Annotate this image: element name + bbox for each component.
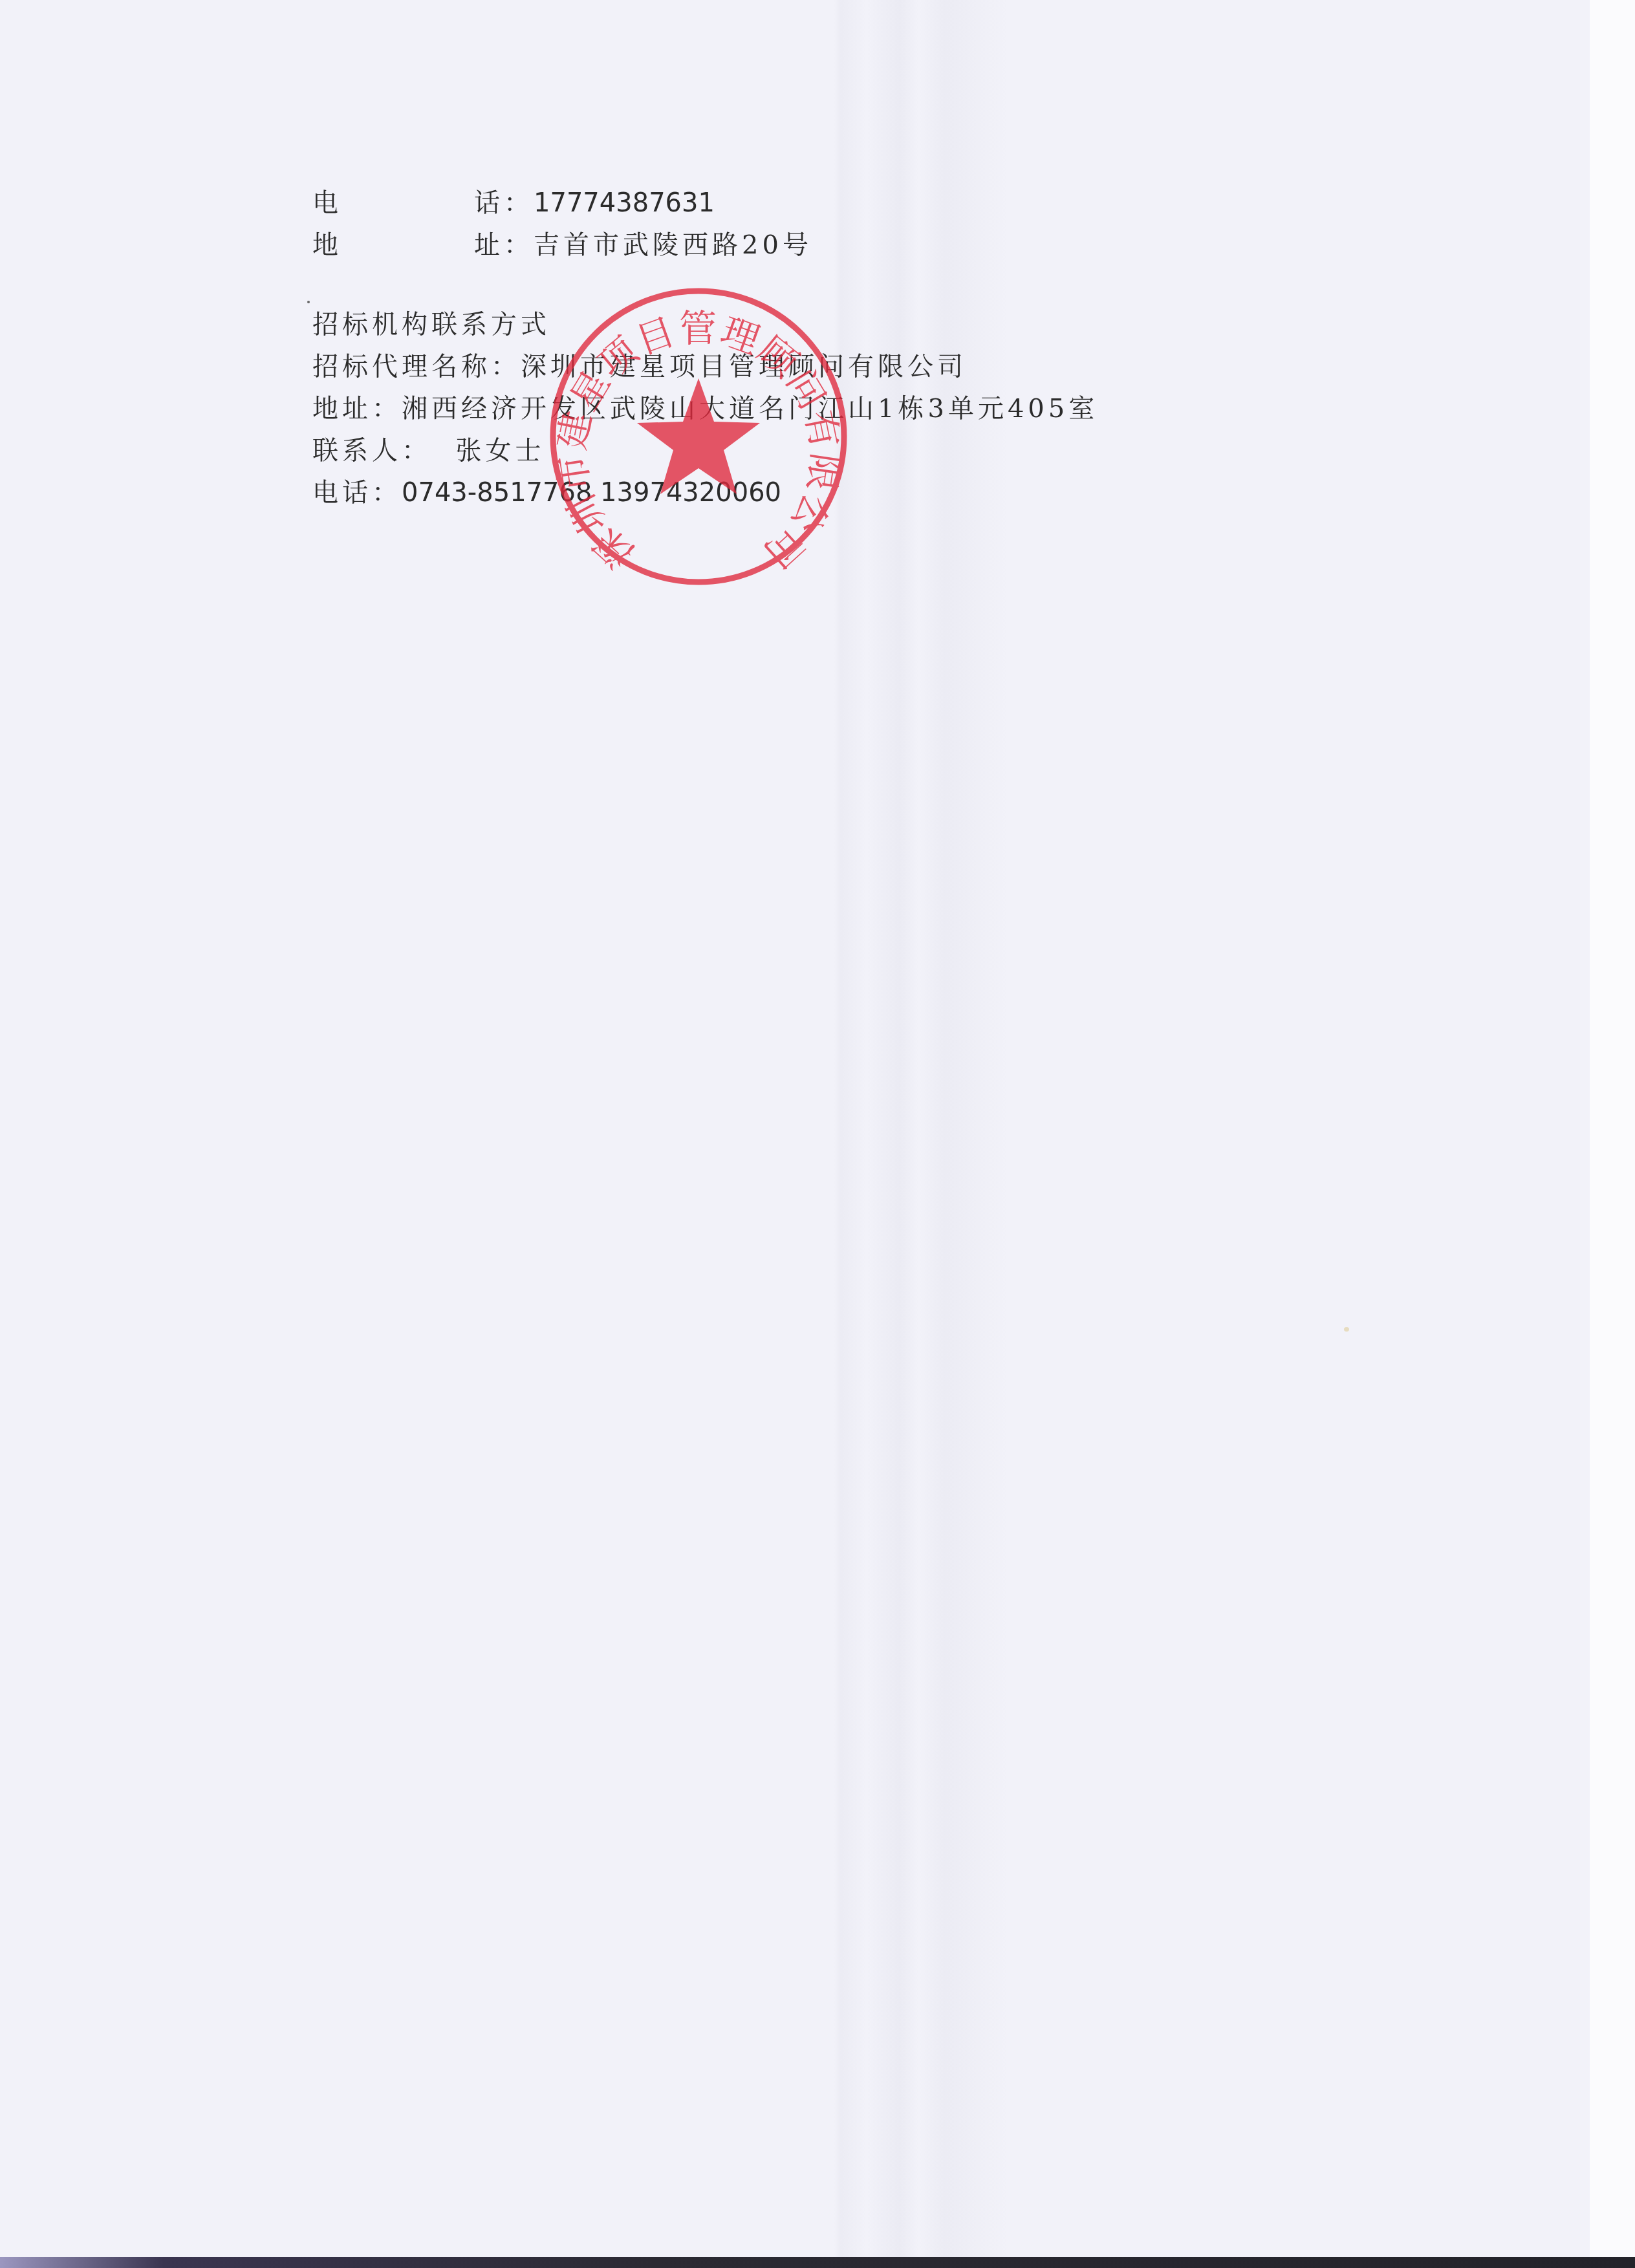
phone-line: 电话：17774387631 (312, 182, 812, 224)
purchaser-contact: 电话：17774387631 地址：吉首市武陵西路20号 (312, 182, 812, 266)
star-icon (637, 378, 760, 494)
address-value: 吉首市武陵西路20号 (534, 230, 812, 260)
agency-address-label: 地址： (312, 394, 402, 424)
phone-label-second: 话： (474, 188, 534, 218)
agency-contact-value: 张女士 (455, 436, 545, 466)
agency-name-label: 招标代理名称： (312, 352, 521, 382)
phone-value: 17774387631 (534, 188, 715, 218)
agency-contact-label: 联系人： (312, 436, 431, 466)
scan-speck (307, 301, 310, 303)
agency-phone-label: 电话： (312, 478, 402, 508)
address-line: 地址：吉首市武陵西路20号 (312, 224, 812, 266)
scanner-edge (0, 2257, 1635, 2268)
address-label-first: 地 (312, 224, 474, 266)
dust-speck (1344, 1327, 1349, 1332)
phone-label-first: 电 (312, 182, 474, 224)
company-seal: 深圳市建星项目管理顾问有限公司 (547, 285, 850, 589)
address-label-second: 址： (474, 230, 534, 260)
